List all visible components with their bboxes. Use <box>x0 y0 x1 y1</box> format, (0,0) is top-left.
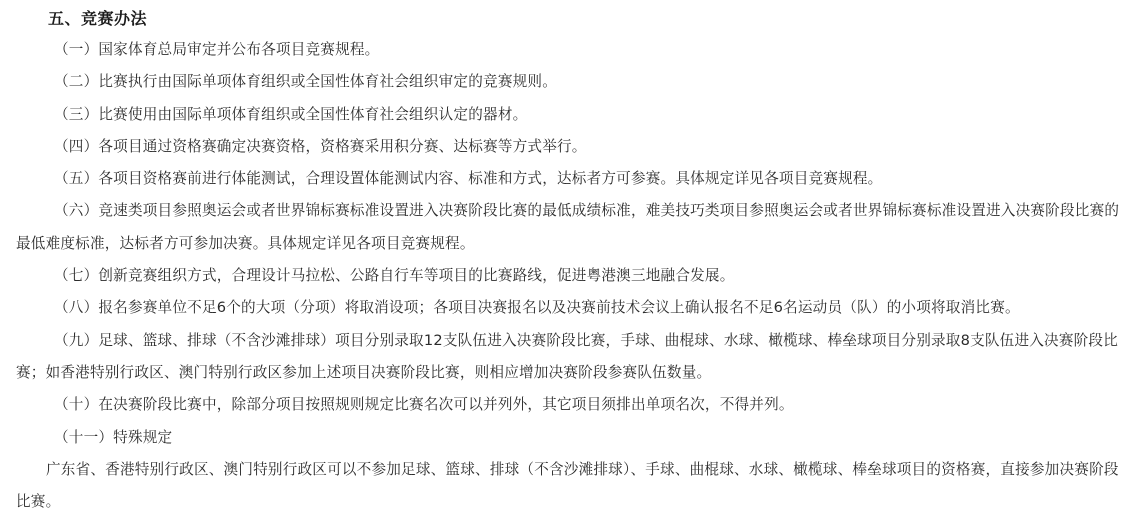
paragraph-item-7: （七）创新竞赛组织方式，合理设计马拉松、公路自行车等项目的比赛路线，促进粤港澳三… <box>16 260 1126 292</box>
paragraph-item-2: （二）比赛执行由国际单项体育组织或全国性体育社会组织审定的竞赛规则。 <box>16 66 1126 98</box>
paragraph-item-5: （五）各项目资格赛前进行体能测试，合理设置体能测试内容、标准和方式，达标者方可参… <box>16 163 1126 195</box>
paragraph-item-1: （一）国家体育总局审定并公布各项目竞赛规程。 <box>16 34 1126 66</box>
document-body: 五、竞赛办法 （一）国家体育总局审定并公布各项目竞赛规程。 （二）比赛执行由国际… <box>16 4 1126 514</box>
paragraph-item-8: （八）报名参赛单位不足6个的大项（分项）将取消设项；各项目决赛报名以及决赛前技术… <box>16 292 1126 324</box>
paragraph-item-10: （十）在决赛阶段比赛中，除部分项目按照规则规定比赛名次可以并列外，其它项目须排出… <box>16 389 1126 421</box>
paragraph-item-3: （三）比赛使用由国际单项体育组织或全国性体育社会组织认定的器材。 <box>16 99 1126 131</box>
section-heading: 五、竞赛办法 <box>48 4 1126 34</box>
special-provision-text: 广东省、香港特别行政区、澳门特别行政区可以不参加足球、篮球、排球（不含沙滩排球）… <box>16 454 1126 514</box>
paragraph-item-9: （九）足球、篮球、排球（不含沙滩排球）项目分别录取12支队伍进入决赛阶段比赛，手… <box>16 325 1126 390</box>
paragraph-item-6: （六）竞速类项目参照奥运会或者世界锦标赛标准设置进入决赛阶段比赛的最低成绩标准，… <box>16 195 1126 260</box>
paragraph-item-11-title: （十一）特殊规定 <box>16 422 1126 454</box>
paragraph-item-4: （四）各项目通过资格赛确定决赛资格，资格赛采用积分赛、达标赛等方式举行。 <box>16 131 1126 163</box>
